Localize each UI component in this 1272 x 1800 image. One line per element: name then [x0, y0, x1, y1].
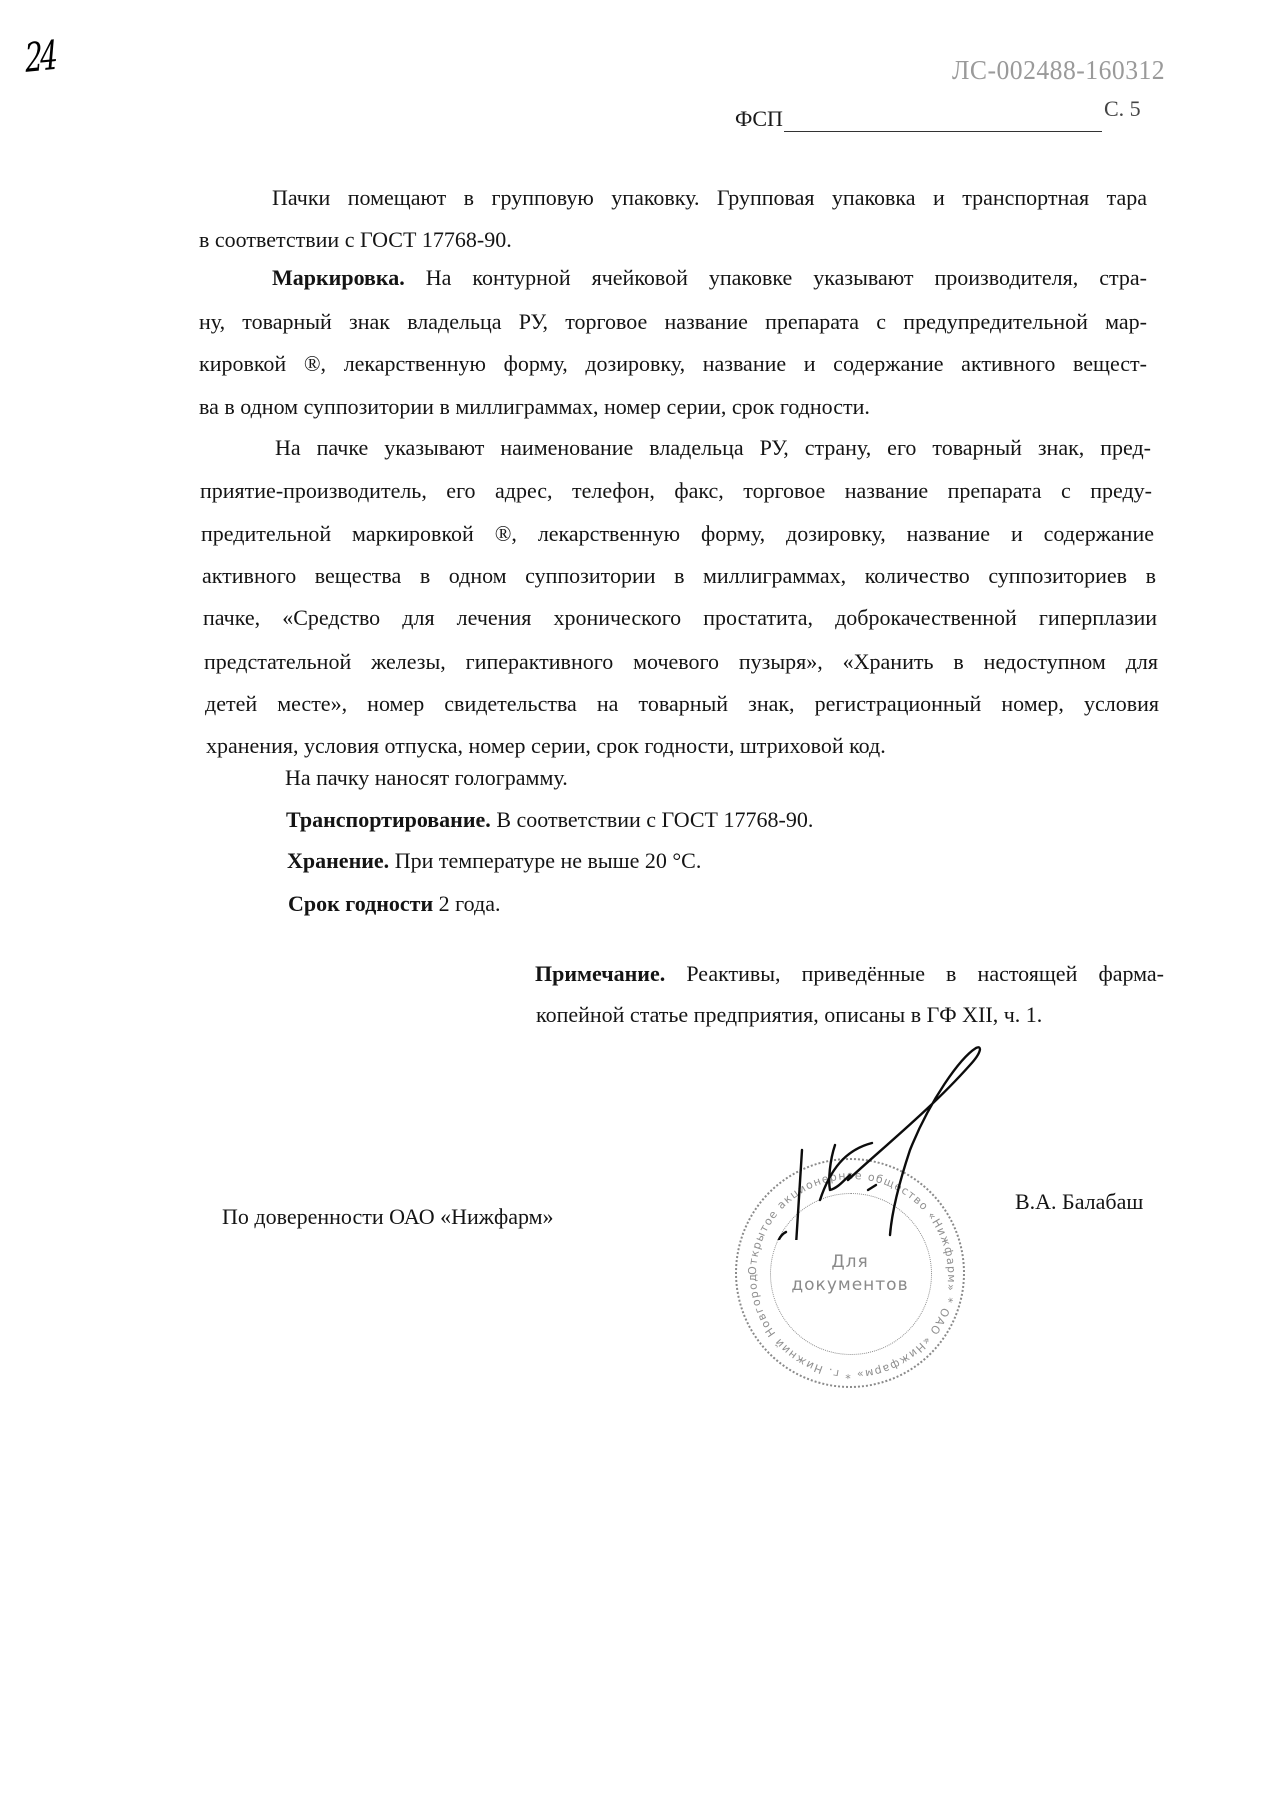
pack-line-8: хранения, условия отпуска, номер серии, … — [206, 732, 886, 760]
text-line: Маркировка. На контурной ячейковой упако… — [272, 264, 1147, 292]
text-run: Реактивы, приведённые в настоящей фарма- — [665, 961, 1164, 986]
authority-text: По доверенности ОАО «Нижфарм» — [222, 1203, 554, 1231]
transport-heading: Транспортирование. — [286, 807, 491, 832]
transport-text: В соответствии с ГОСТ 17768-90. — [491, 807, 814, 832]
text-line: Пачки помещают в групповую упаковку. Гру… — [272, 184, 1147, 212]
storage-heading: Хранение. — [287, 848, 389, 873]
packaging-line-1: Пачки помещают в групповую упаковку. Гру… — [272, 184, 1147, 212]
stamp-center-line-2: документов — [737, 1275, 963, 1295]
pack-line-4: активного вещества в одном суппозитории … — [202, 562, 1156, 590]
registration-number: ЛС-002488-160312 — [952, 55, 1165, 86]
signer-name: В.А. Балабаш — [1015, 1188, 1143, 1216]
text-line: Примечание. Реактивы, приведённые в наст… — [535, 960, 1164, 988]
note-heading: Примечание. — [535, 961, 665, 986]
pack-line-2: приятие-производитель, его адрес, телефо… — [200, 477, 1152, 505]
handwritten-page-number: 24 — [24, 33, 56, 82]
storage-text: При температуре не выше 20 °С. — [389, 848, 701, 873]
shelf-life-paragraph: Срок годности 2 года. — [288, 890, 500, 918]
pack-line-6: предстательной железы, гиперактивного мо… — [204, 648, 1158, 676]
text-line: пачке, «Средство для лечения хроническог… — [203, 604, 1157, 632]
handwritten-signature — [750, 1040, 1010, 1240]
pack-line-3: предительной маркировкой ®, лекарственну… — [201, 520, 1154, 548]
marking-line-1: Маркировка. На контурной ячейковой упако… — [272, 264, 1147, 292]
storage-paragraph: Хранение. При температуре не выше 20 °С. — [287, 847, 701, 875]
shelf-life-heading: Срок годности — [288, 891, 433, 916]
marking-line-4: ва в одном суппозитории в миллиграммах, … — [199, 393, 870, 421]
text-line: ну, товарный знак владельца РУ, торговое… — [199, 308, 1147, 336]
fsp-header: ФСП С. 5 — [735, 106, 1141, 132]
page-label: С. 5 — [1104, 96, 1141, 122]
fsp-number-blank-line — [784, 109, 1102, 132]
text-line: предстательной железы, гиперактивного мо… — [204, 648, 1158, 676]
text-line: приятие-производитель, его адрес, телефо… — [200, 477, 1152, 505]
text-line: активного вещества в одном суппозитории … — [202, 562, 1156, 590]
marking-line-2: ну, товарный знак владельца РУ, торговое… — [199, 308, 1147, 336]
packaging-line-2: в соответствии с ГОСТ 17768-90. — [199, 226, 512, 254]
shelf-life-text: 2 года. — [433, 891, 500, 916]
text-run: На контурной ячейковой упаковке указываю… — [405, 265, 1147, 290]
note-line-1: Примечание. Реактивы, приведённые в наст… — [535, 960, 1164, 988]
text-line: предительной маркировкой ®, лекарственну… — [201, 520, 1154, 548]
text-line: кировкой ®, лекарственную форму, дозиров… — [199, 350, 1147, 378]
note-line-2: копейной статье предприятия, описаны в Г… — [536, 1001, 1042, 1029]
fsp-label: ФСП — [735, 106, 783, 132]
transport-paragraph: Транспортирование. В соответствии с ГОСТ… — [286, 806, 813, 834]
text-line: На пачке указывают наименование владельц… — [275, 434, 1151, 462]
hologram-paragraph: На пачку наносят голограмму. — [285, 764, 568, 792]
pack-line-5: пачке, «Средство для лечения хроническог… — [203, 604, 1157, 632]
marking-line-3: кировкой ®, лекарственную форму, дозиров… — [199, 350, 1147, 378]
stamp-center-line-1: Для — [737, 1252, 963, 1272]
pack-line-1: На пачке указывают наименование владельц… — [275, 434, 1151, 462]
marking-heading: Маркировка. — [272, 265, 405, 290]
pack-line-7: детей месте», номер свидетельства на тов… — [205, 690, 1159, 718]
text-line: детей месте», номер свидетельства на тов… — [205, 690, 1159, 718]
